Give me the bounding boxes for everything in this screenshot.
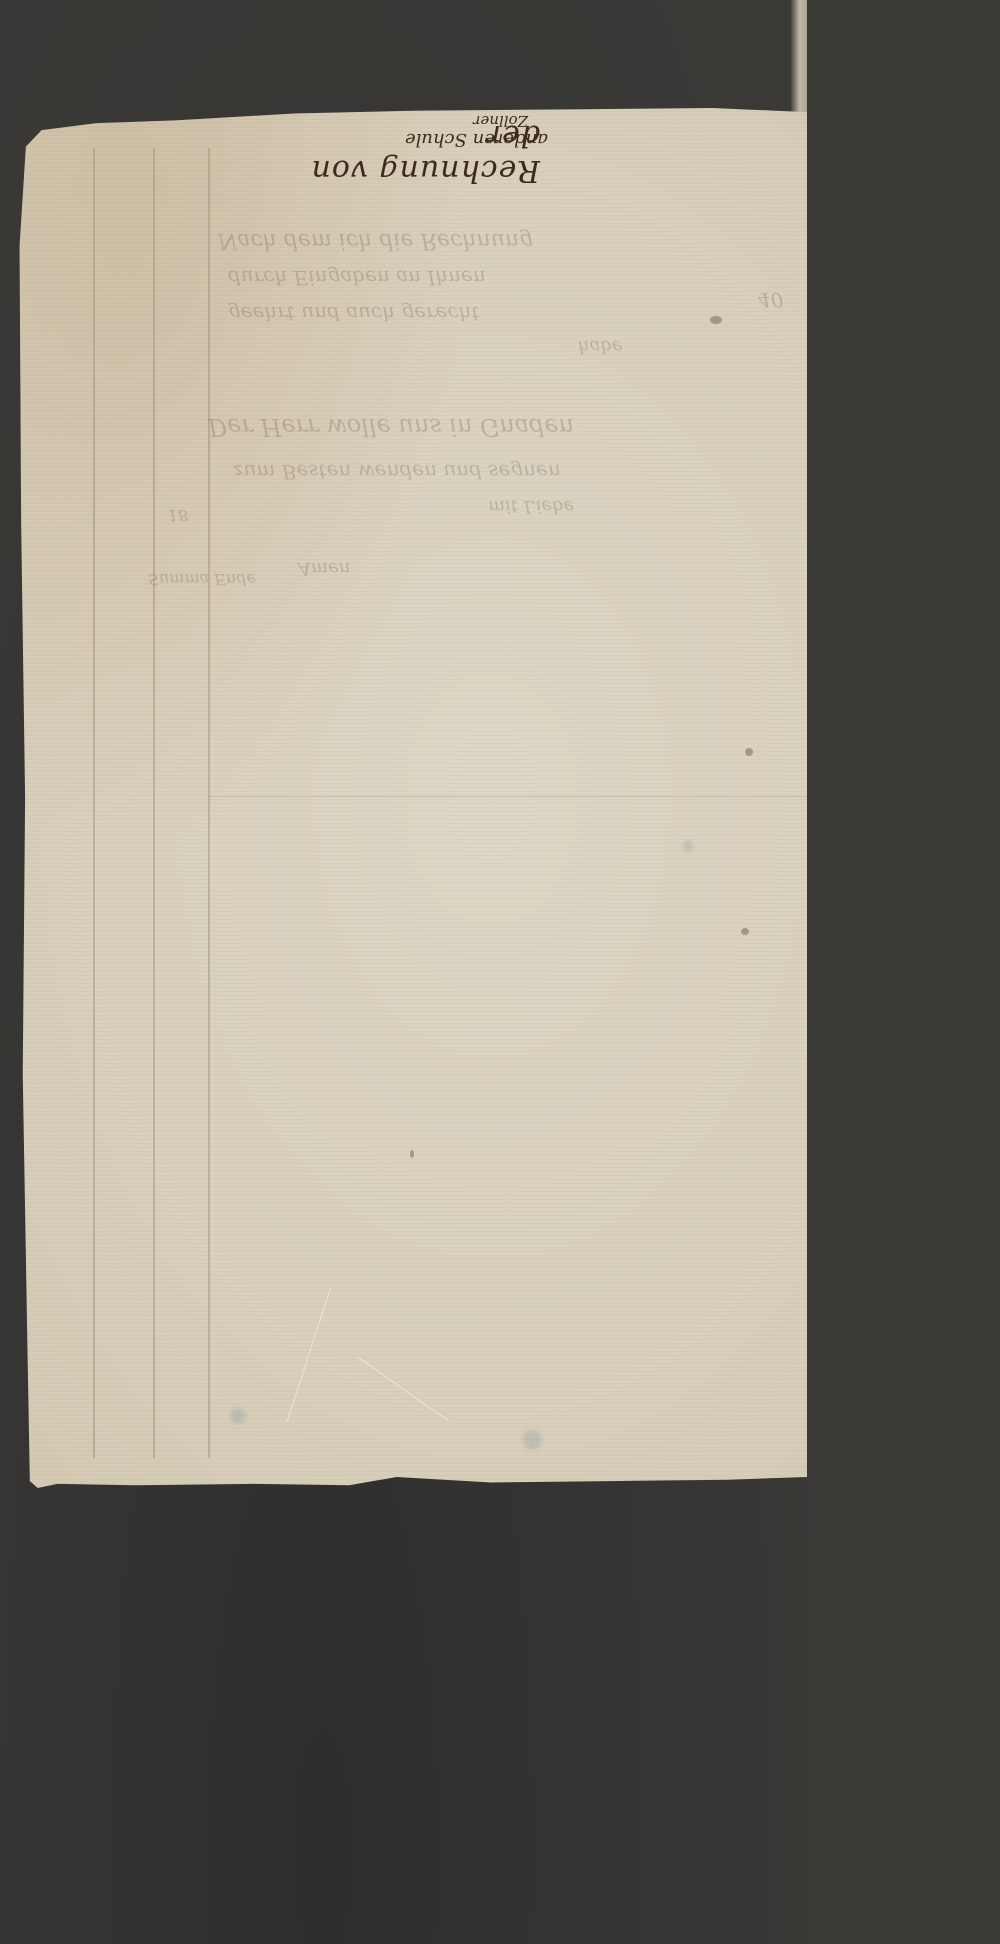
- bleed-through-line: geehrt und auch gerecht: [228, 302, 480, 326]
- margin-mark: 18: [168, 506, 188, 525]
- bleed-through-line: Amen: [298, 558, 350, 579]
- ink-stain: [710, 316, 722, 324]
- bleed-through-line: Der Herr wolle uns in Gnaden: [208, 413, 574, 441]
- handwritten-inscription: Rechnung von der anderen Schule Zöllner: [288, 108, 548, 198]
- inscription-line-2: anderen Schule: [405, 129, 548, 150]
- horizontal-fold: [208, 796, 807, 797]
- margin-rule-3: [208, 148, 210, 1458]
- bleed-through-line: durch Eingaben an Ihnen: [228, 266, 486, 290]
- inscription-line-3: Zöllner: [473, 112, 528, 130]
- ink-stain: [410, 1150, 414, 1158]
- bleed-through-line: zum Besten wenden und segnen: [233, 460, 561, 484]
- ink-stain: [741, 928, 749, 935]
- bleed-through-line: habe: [578, 336, 623, 357]
- discoloration-spot: [230, 1408, 246, 1424]
- ink-stain: [745, 748, 753, 756]
- discoloration-spot: [683, 840, 693, 852]
- discoloration-spot: [523, 1430, 541, 1450]
- manuscript-page: Rechnung von der anderen Schule Zöllner …: [18, 108, 807, 1488]
- bleed-through-line: Nach dem ich die Rechnung: [218, 228, 533, 253]
- margin-mark: 40: [758, 288, 783, 312]
- margin-rule-1: [93, 148, 95, 1458]
- margin-mark: Summa Ende: [148, 570, 256, 589]
- margin-rule-2: [153, 148, 155, 1458]
- bleed-through-line: mit Liebe: [488, 496, 574, 517]
